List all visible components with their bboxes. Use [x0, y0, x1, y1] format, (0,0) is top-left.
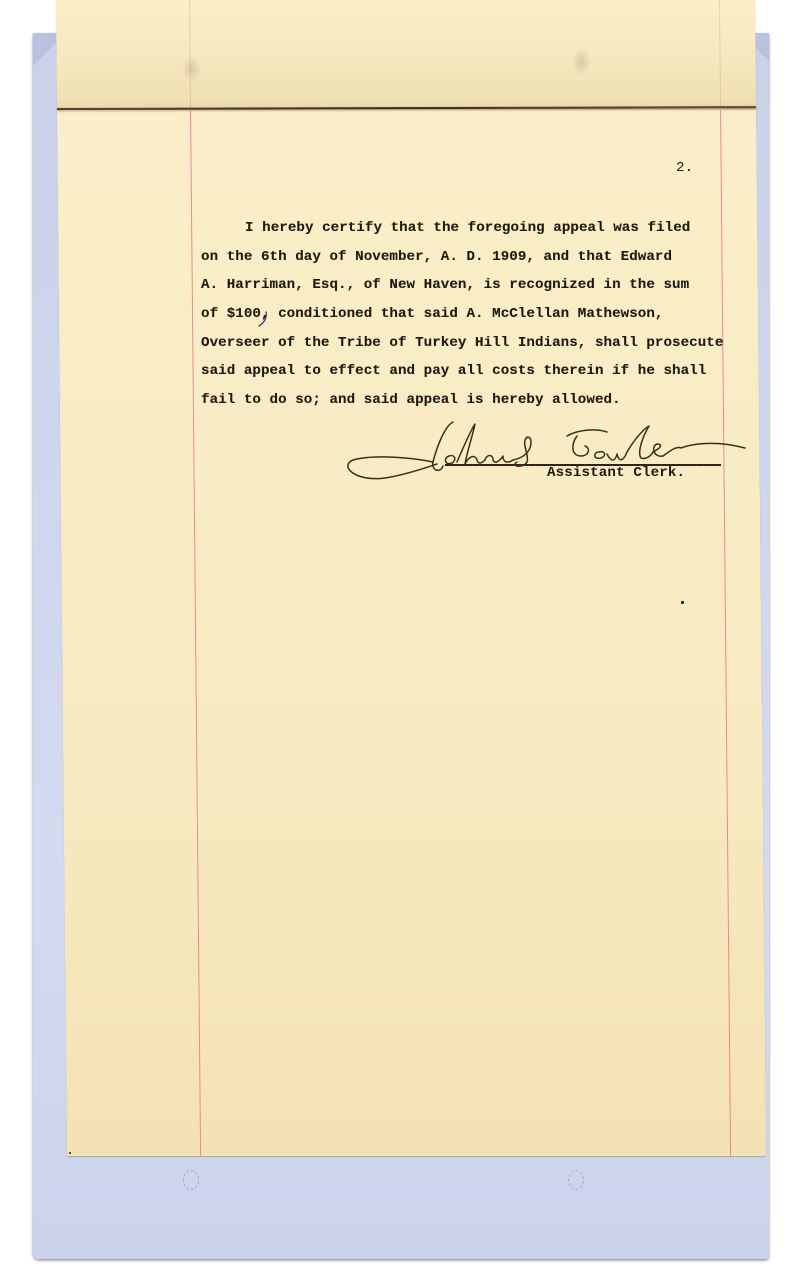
pen-ink-mark: [257, 311, 269, 327]
paper-speck: [681, 601, 684, 604]
left-margin-line: [190, 110, 201, 1156]
body-line-3: A. Harriman, Esq., of New Haven, is reco…: [201, 271, 741, 300]
body-line-2: on the 6th day of November, A. D. 1909, …: [201, 243, 741, 272]
legal-document-page: [56, 0, 766, 1156]
signatory-title: Assistant Clerk.: [547, 465, 685, 481]
paper-speck: [69, 1152, 71, 1154]
body-line-5: Overseer of the Tribe of Turkey Hill Ind…: [201, 329, 741, 358]
folded-top-flap: [56, 0, 756, 110]
smudge-mark: [571, 48, 591, 76]
body-line-4: of $100, conditioned that said A. McClel…: [201, 300, 741, 329]
page-number: 2.: [676, 160, 693, 176]
body-line-6: said appeal to effect and pay all costs …: [201, 357, 741, 386]
smudge-mark: [182, 55, 202, 83]
certification-paragraph: I hereby certify that the foregoing appe…: [201, 214, 741, 415]
backing-folded-corner-left: [33, 33, 57, 75]
body-line-1: I hereby certify that the foregoing appe…: [201, 214, 741, 243]
body-line-7: fail to do so; and said appeal is hereby…: [201, 386, 741, 415]
staple-hole-left: [183, 1170, 199, 1190]
staple-hole-right: [568, 1170, 584, 1190]
